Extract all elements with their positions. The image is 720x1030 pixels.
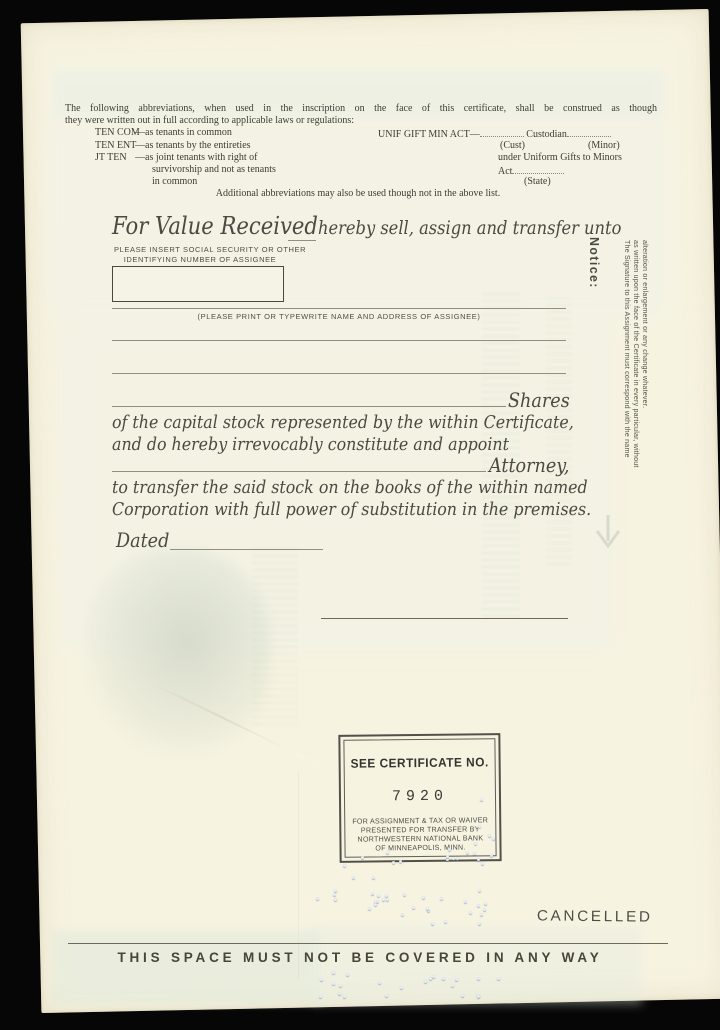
punch-hole-dot (432, 975, 435, 978)
punch-hole-dot (478, 889, 481, 892)
punch-hole-dot (429, 977, 432, 980)
for-value-received: For Value Received (112, 212, 346, 240)
abbr-ten-ent-term: TEN ENT (95, 140, 135, 151)
abbr-jt-ten-term: JT TEN (95, 152, 135, 163)
line-certificate: of the capital stock represented by the … (112, 412, 637, 433)
punch-hole-dot (400, 986, 403, 989)
punch-hole-dot (469, 911, 472, 914)
unif-leader-2 (567, 127, 611, 137)
punch-hole-dot (497, 977, 500, 980)
abbr-ten-com-def: —as tenants in common (135, 127, 232, 138)
abbr-jt-ten-cont1: survivorship and not as tenants (152, 164, 276, 175)
dated-script: Dated (116, 528, 169, 552)
punch-hole-dot (481, 862, 484, 865)
abbr-minor: (Minor) (588, 140, 620, 151)
punch-hole-dot (338, 992, 341, 995)
abbr-unif-row: UNIF GIFT MIN ACT— Custodian (378, 127, 611, 140)
paper-crease-vertical (298, 770, 300, 980)
punch-hole-dot (399, 860, 402, 863)
footer-rule (68, 943, 668, 944)
notice-line3: alteration or enlargement or any change … (641, 240, 650, 408)
stamp-title: SEE CERTIFICATE NO. (345, 755, 495, 771)
punch-hole-dot (385, 994, 388, 997)
punch-hole-dot (442, 977, 445, 980)
punch-hole-dot (339, 984, 342, 987)
punch-hole-dot (371, 892, 374, 895)
notice-heading: Notice: (587, 237, 602, 289)
punch-hole-dot (477, 995, 480, 998)
punch-hole-dot (343, 864, 346, 867)
punch-hole-dot (332, 971, 335, 974)
abbr-ten-com: TEN COM—as tenants in common (95, 127, 232, 138)
line-transfer-script: to transfer the said stock on the books … (112, 477, 588, 498)
punch-hole-dot (346, 973, 349, 976)
punch-hole-dot (492, 837, 495, 840)
punch-hole-dot (374, 903, 377, 906)
line-corporation: Corporation with full power of substitut… (112, 499, 657, 520)
abbr-ten-ent: TEN ENT—as tenants by the entireties (95, 140, 251, 151)
line-transfer: to transfer the said stock on the books … (112, 477, 652, 498)
punch-hole-dot (334, 889, 337, 892)
punch-hole-dot (412, 906, 415, 909)
dated-blank-line (170, 549, 323, 550)
punch-hole-dot (474, 842, 477, 845)
stamp-certificate-number: 7920 (341, 787, 499, 806)
punch-hole-dot (372, 876, 375, 879)
punch-hole-dot (424, 980, 427, 983)
shares-script: Shares (508, 388, 570, 412)
punch-hole-dot (385, 894, 388, 897)
line-appoint-script: and do hereby irrevocably constitute and… (112, 434, 509, 455)
certificate-number-stamp: SEE CERTIFICATE NO. 7920 FOR ASSIGNMENT … (338, 733, 501, 863)
for-value-received-text: For Value Received (112, 212, 318, 240)
punch-hole-dot (401, 913, 404, 916)
punch-hole-dot (422, 896, 425, 899)
punch-hole-dot (477, 977, 480, 980)
ssn-caption-line2: IDENTIFYING NUMBER OF ASSIGNEE (114, 255, 286, 264)
notice-line1: The Signature to this Assignment must co… (623, 240, 632, 458)
ssn-box (112, 266, 284, 302)
attorney-label: Attorney, (489, 453, 580, 477)
punch-hole-dot (334, 898, 337, 901)
punch-hole-dot (352, 876, 355, 879)
attorney-blank-line (112, 471, 486, 472)
hereby-sell-text: hereby sell, assign and transfer unto (318, 218, 663, 239)
punch-hole-dot (403, 893, 406, 896)
punch-hole-dot (461, 994, 464, 997)
showthrough-border-bottom-center (312, 926, 642, 1004)
abbr-additional: Additional abbreviations may also be use… (178, 188, 538, 199)
punch-hole-dot (431, 922, 434, 925)
punch-hole-dot (440, 897, 443, 900)
for-value-blank-line (288, 240, 316, 241)
abbr-intro-line2: they were written out in full according … (65, 115, 354, 126)
punch-hole-dot (444, 920, 447, 923)
abbr-intro-line1: The following abbreviations, when used i… (65, 103, 657, 114)
line-certificate-script: of the capital stock represented by the … (112, 412, 574, 433)
unif-leader-1 (480, 127, 524, 137)
assignee-line-3 (112, 373, 566, 374)
signature-line (321, 618, 568, 619)
punch-hole-dot (343, 995, 346, 998)
abbr-ten-ent-def: —as tenants by the entireties (135, 140, 251, 151)
abbr-cust: (Cust) (500, 140, 525, 151)
punch-hole-dot (382, 898, 385, 901)
showthrough-lettering-left (252, 545, 298, 725)
punch-hole-dot (490, 854, 493, 857)
punch-hole-dot (386, 898, 389, 901)
abbr-jt-ten-def: —as joint tenants with right of (135, 152, 258, 163)
scan-background: The following abbreviations, when used i… (0, 0, 720, 1030)
shares-label: Shares (508, 388, 578, 412)
punch-hole-dot (378, 981, 381, 984)
shares-blank-line (112, 406, 506, 407)
cancelled-stamp: CANCELLED (537, 907, 653, 925)
punch-hole-dot (320, 978, 323, 981)
print-caption: (PLEASE PRINT OR TYPEWRITE NAME AND ADDR… (112, 312, 566, 321)
paper-crease-diagonal (152, 682, 369, 789)
punch-hole-dot (377, 894, 380, 897)
punch-hole-dot (480, 913, 483, 916)
punch-hole-dot (484, 902, 487, 905)
abbr-custodian: Custodian (526, 129, 567, 140)
footer-notice: THIS SPACE MUST NOT BE COVERED IN ANY WA… (95, 950, 625, 965)
punch-hole-dot (316, 897, 319, 900)
abbr-ten-com-term: TEN COM (95, 127, 135, 138)
showthrough-vignette-figure (85, 550, 270, 755)
punch-hole-dot (448, 848, 451, 851)
showthrough-border-bottom-left (52, 930, 320, 1004)
abbr-act: Act (498, 166, 512, 177)
attorney-script: Attorney, (489, 453, 570, 477)
abbr-under-line: under Uniform Gifts to Minors (498, 152, 622, 163)
punch-hole-dot (451, 984, 454, 987)
punch-hole-dot (477, 858, 480, 861)
line-appoint: and do hereby irrevocably constitute and… (112, 434, 563, 455)
punch-hole-dot (478, 922, 481, 925)
punch-hole-dot (455, 978, 458, 981)
ssn-caption-line1: PLEASE INSERT SOCIAL SECURITY OR OTHER (114, 245, 306, 254)
line-corporation-script: Corporation with full power of substitut… (112, 499, 591, 520)
hereby-sell-script: hereby sell, assign and transfer unto (318, 218, 621, 239)
assignee-line-1 (112, 308, 566, 309)
dated-label: Dated (116, 528, 177, 552)
punch-hole-dot (483, 908, 486, 911)
punch-hole-dot (319, 995, 322, 998)
punch-hole-dot (333, 893, 336, 896)
notice-line2: as written upon the face of the Certific… (632, 240, 641, 468)
punch-hole-dot (464, 900, 467, 903)
punch-hole-dot (473, 852, 476, 855)
act-leader (512, 164, 564, 174)
punch-hole-dot (368, 907, 371, 910)
abbr-jt-ten-cont2: in common (152, 176, 197, 187)
certificate-back-content: The following abbreviations, when used i… (0, 0, 720, 1030)
punch-hole-dot (480, 798, 483, 801)
punch-hole-dot (426, 907, 429, 910)
punch-hole-dot (477, 904, 480, 907)
abbr-unif-label: UNIF GIFT MIN ACT— (378, 129, 480, 140)
abbr-state: (State) (524, 176, 551, 187)
abbr-jt-ten: JT TEN—as joint tenants with right of (95, 152, 258, 163)
punch-hole-dot (332, 982, 335, 985)
assignee-line-2 (112, 340, 566, 341)
